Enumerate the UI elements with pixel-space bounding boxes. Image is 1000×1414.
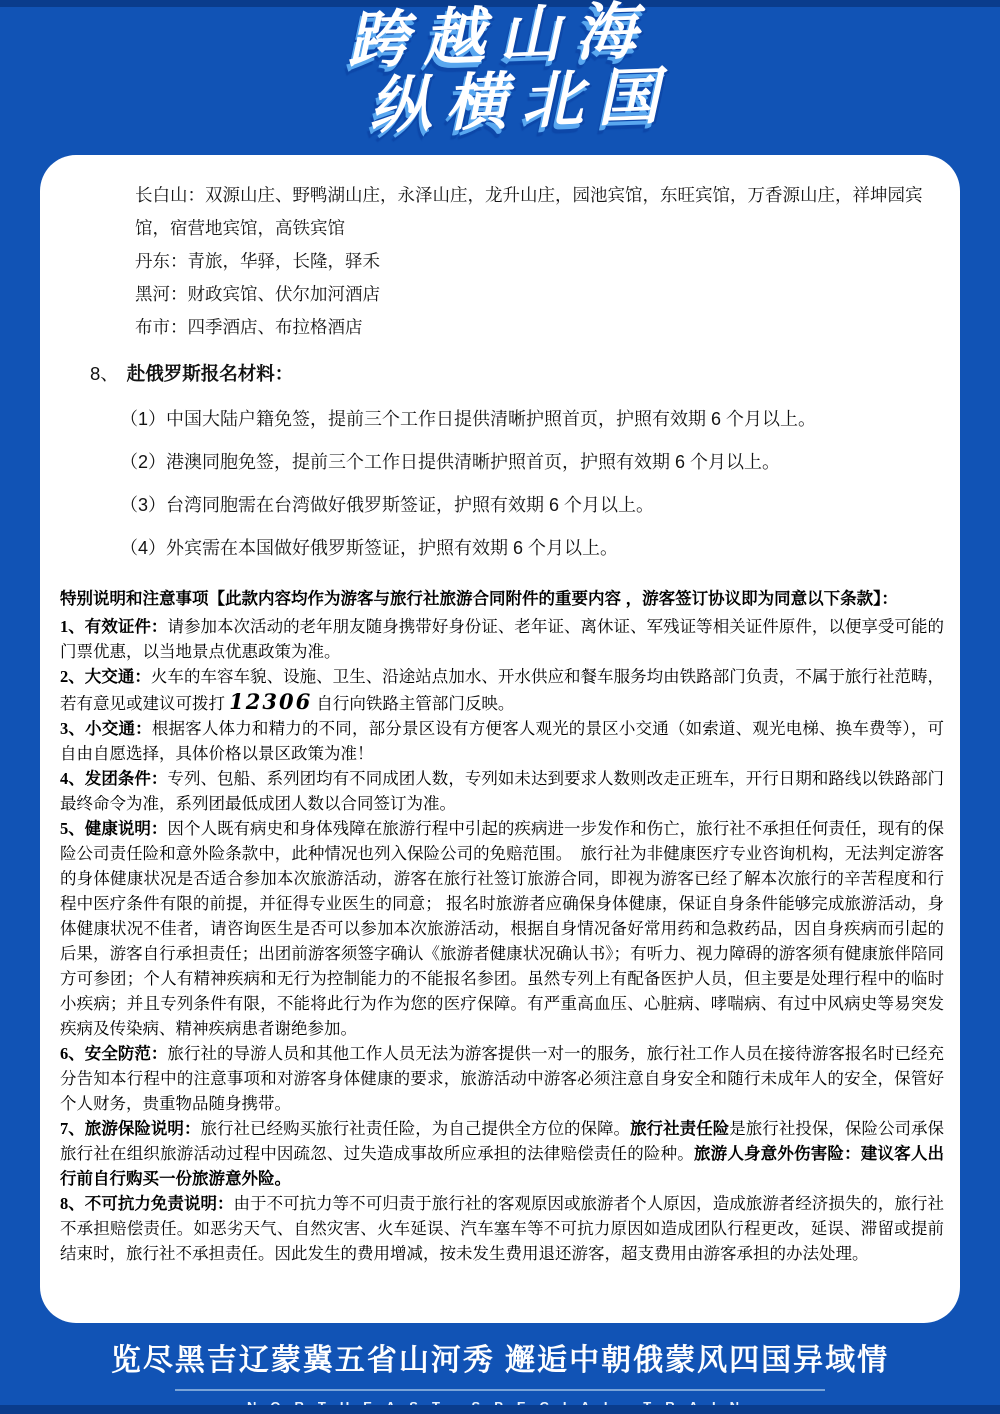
- hotel-line-dandong: 丹东：青旅，华驿，长隆，驿禾: [135, 245, 932, 278]
- registration-item-2: （2）港澳同胞免签，提前三个工作日提供清晰护照首页，护照有效期 6 个月以上。: [120, 449, 930, 475]
- special-notes: 特别说明和注意事项【此款内容均作为游客与旅行社旅游合同附件的重要内容 ，游客签订…: [60, 587, 944, 1266]
- text-segment: 2、大交通：: [60, 667, 151, 686]
- text-segment: 根据客人体力和精力的不同，部分景区设有方便客人观光的景区小交通（如索道、观光电梯…: [60, 719, 944, 763]
- text-segment: 6、安全防范：: [60, 1044, 167, 1063]
- text-segment: 自行向铁路主管部门反映。: [312, 694, 514, 713]
- text-segment: 旅行社责任险: [630, 1119, 729, 1138]
- hotel-line-changbaishan: 长白山：双源山庄、野鸭湖山庄，永泽山庄，龙升山庄，园池宾馆，东旺宾馆，万香源山庄…: [135, 179, 932, 245]
- note-paragraph-force-majeure: 8、不可抗力免责说明：由于不可抗力等不可归责于旅行社的客观原因或旅游者个人原因，…: [60, 1191, 944, 1266]
- note-paragraph-health: 5、健康说明：因个人既有病史和身体残障在旅游行程中引起的疾病进一步发作和伤亡，旅…: [60, 816, 944, 1041]
- text-segment: 12306: [229, 689, 312, 714]
- text-segment: 7、旅游保险说明：: [60, 1119, 200, 1138]
- text-segment: 5、健康说明：: [60, 819, 167, 838]
- text-segment: 8、不可抗力免责说明：: [60, 1194, 234, 1213]
- text-segment: 4、发团条件：: [60, 769, 167, 788]
- section-heading: 8、赴俄罗斯报名材料：: [90, 360, 960, 386]
- hotel-line-heihe: 黑河：财政宾馆、伏尔加河酒店: [135, 278, 932, 311]
- text-segment: 专列、包船、系列团均有不同成团人数，专列如未达到要求人数则改走正班车，开行日期和…: [60, 769, 944, 813]
- registration-item-4: （4）外宾需在本国做好俄罗斯签证，护照有效期 6 个月以上。: [120, 535, 930, 561]
- hotel-line-bushi: 布市：四季酒店、布拉格酒店: [135, 311, 932, 344]
- note-paragraph-valid-documents: 1、有效证件：请参加本次活动的老年朋友随身携带好身份证、老年证、离休证、军残证等…: [60, 614, 944, 664]
- page-background: 跨越山海 纵横北国 长白山：双源山庄、野鸭湖山庄，永泽山庄，龙升山庄，园池宾馆，…: [0, 0, 1000, 1414]
- note-paragraph-main-transport: 2、大交通：火车的车容车貌、设施、卫生、沿途站点加水、开水供应和餐车服务均由铁路…: [60, 664, 944, 716]
- note-paragraph-departure-conditions: 4、发团条件：专列、包船、系列团均有不同成团人数，专列如未达到要求人数则改走正班…: [60, 766, 944, 816]
- note-paragraph-insurance: 7、旅游保险说明：旅行社已经购买旅行社责任险，为自己提供全方位的保障。旅行社责任…: [60, 1116, 944, 1191]
- content-card: 长白山：双源山庄、野鸭湖山庄，永泽山庄，龙升山庄，园池宾馆，东旺宾馆，万香源山庄…: [40, 155, 960, 1323]
- footer: 览尽黑吉辽蒙冀五省山河秀 邂逅中朝俄蒙风四国异域情 NORTHEAST SPEC…: [0, 1323, 1000, 1414]
- registration-item-1: （1）中国大陆户籍免签，提前三个工作日提供清晰护照首页，护照有效期 6 个月以上…: [120, 406, 930, 432]
- text-segment: 旅行社已经购买旅行社责任险，为自己提供全方位的保障。: [200, 1119, 630, 1138]
- note-paragraph-safety: 6、安全防范：旅行社的导游人员和其他工作人员无法为游客提供一对一的服务，旅行社工…: [60, 1041, 944, 1116]
- footer-divider: [175, 1389, 825, 1391]
- registration-items: （1）中国大陆户籍免签，提前三个工作日提供清晰护照首页，护照有效期 6 个月以上…: [120, 406, 930, 561]
- hotel-list: 长白山：双源山庄、野鸭湖山庄，永泽山庄，龙升山庄，园池宾馆，东旺宾馆，万香源山庄…: [135, 179, 932, 344]
- section-number: 8、: [90, 363, 119, 384]
- text-segment: 请参加本次活动的老年朋友随身携带好身份证、老年证、离休证、军残证等相关证件原件，…: [60, 617, 944, 661]
- text-segment: 因个人既有病史和身体残障在旅游行程中引起的疾病进一步发作和伤亡，旅行社不承担任何…: [60, 819, 944, 1038]
- bottom-edge-strip: [0, 1405, 1000, 1414]
- brand-logo: 跨越山海 纵横北国: [0, 0, 1000, 151]
- section-title: 赴俄罗斯报名材料：: [127, 363, 294, 384]
- note-paragraph-local-transport: 3、小交通：根据客人体力和精力的不同，部分景区设有方便客人观光的景区小交通（如索…: [60, 716, 944, 766]
- section-registration-materials: 8、赴俄罗斯报名材料： （1）中国大陆户籍免签，提前三个工作日提供清晰护照首页，…: [40, 360, 960, 561]
- text-segment: 旅行社的导游人员和其他工作人员无法为游客提供一对一的服务，旅行社工作人员在接待游…: [60, 1044, 944, 1113]
- text-segment: 3、小交通：: [60, 719, 152, 738]
- text-segment: 1、有效证件：: [60, 617, 167, 636]
- footer-slogan: 览尽黑吉辽蒙冀五省山河秀 邂逅中朝俄蒙风四国异域情: [0, 1335, 1000, 1379]
- notes-heading: 特别说明和注意事项【此款内容均作为游客与旅行社旅游合同附件的重要内容 ，游客签订…: [60, 587, 944, 611]
- registration-item-3: （3）台湾同胞需在台湾做好俄罗斯签证，护照有效期 6 个月以上。: [120, 492, 930, 518]
